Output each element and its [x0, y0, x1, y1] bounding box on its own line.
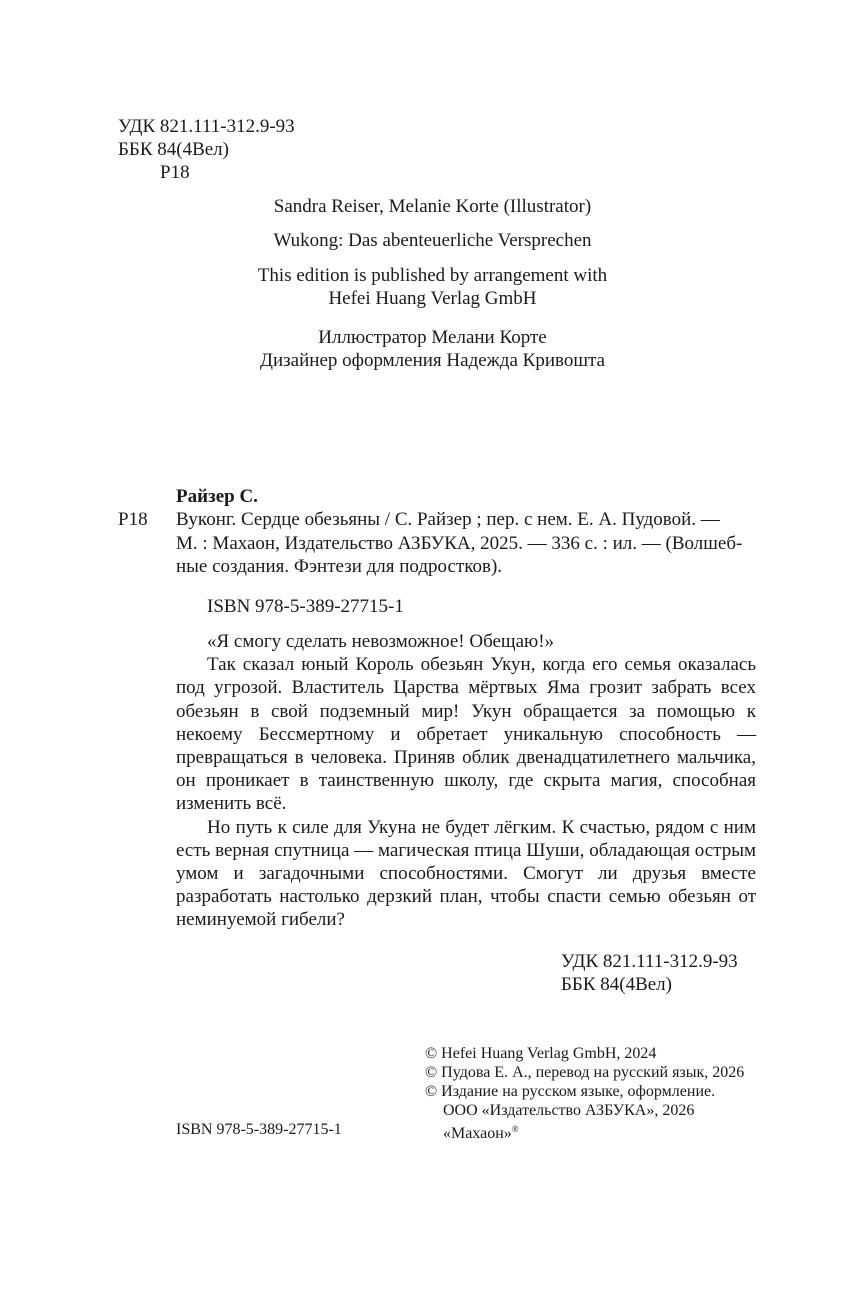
author-heading: Райзер С. [176, 485, 258, 508]
copyright-line-1: © Hefei Huang Verlag GmbH, 2024 [425, 1044, 656, 1063]
arrangement-block: This edition is published by arrangement… [140, 264, 725, 310]
footer-isbn: ISBN 978-5-389-27715-1 [176, 1120, 342, 1139]
annotation-paragraph: Так сказал юный Король обезьян Укун, ког… [176, 653, 756, 815]
biblio-line-3: ные создания. Фэнтези для подростков). [176, 555, 758, 579]
footer-bbk-code: ББК 84(4Вел) [561, 973, 672, 996]
arrangement-line-1: This edition is published by arrangement… [140, 264, 725, 287]
credits-block: Иллюстратор Мелани Корте Дизайнер оформл… [140, 326, 725, 372]
illustrator-credit: Иллюстратор Мелани Корте [140, 326, 725, 349]
original-title-block: Wukong: Das abenteuerliche Versprechen [140, 229, 725, 252]
biblio-line-1: Вуконг. Сердце обезьяны / С. Райзер ; пе… [176, 508, 758, 532]
copyright-line-3: © Издание на русском языке, оформление. [425, 1082, 715, 1101]
annotation-quote: «Я смогу сделать невозможное! Обещаю!» [176, 630, 756, 653]
designer-credit: Дизайнер оформления Надежда Кривошта [140, 349, 725, 372]
registered-mark: ® [512, 1124, 519, 1134]
copyright-line-4: ООО «Издательство АЗБУКА», 2026 [443, 1101, 694, 1120]
record-author-mark: Р18 [118, 508, 148, 531]
footer-udk-code: УДК 821.111-312.9-93 [561, 950, 738, 973]
bibliographic-description: Вуконг. Сердце обезьяны / С. Райзер ; пе… [176, 508, 758, 579]
annotation-paragraph: Но путь к силе для Укуна не будет лёгким… [176, 816, 756, 932]
original-authors: Sandra Reiser, Melanie Korte (Illustrato… [140, 195, 725, 218]
original-edition-block: Sandra Reiser, Melanie Korte (Illustrato… [140, 195, 725, 218]
udk-code: УДК 821.111-312.9-93 [118, 115, 295, 138]
original-title: Wukong: Das abenteuerliche Versprechen [140, 229, 725, 252]
biblio-line-2: М. : Махаон, Издательство АЗБУКА, 2025. … [176, 532, 758, 556]
arrangement-line-2: Hefei Huang Verlag GmbH [140, 287, 725, 310]
author-mark: Р18 [160, 161, 190, 184]
copyright-line-2: © Пудова Е. А., перевод на русский язык,… [425, 1063, 744, 1082]
copyright-line-5: «Махаон»® [443, 1120, 519, 1143]
bbk-code: ББК 84(4Вел) [118, 138, 229, 161]
publisher-brand: «Махаон» [443, 1125, 512, 1142]
annotation: «Я смогу сделать невозможное! Обещаю!» Т… [176, 630, 756, 932]
record-isbn: ISBN 978-5-389-27715-1 [207, 595, 404, 618]
